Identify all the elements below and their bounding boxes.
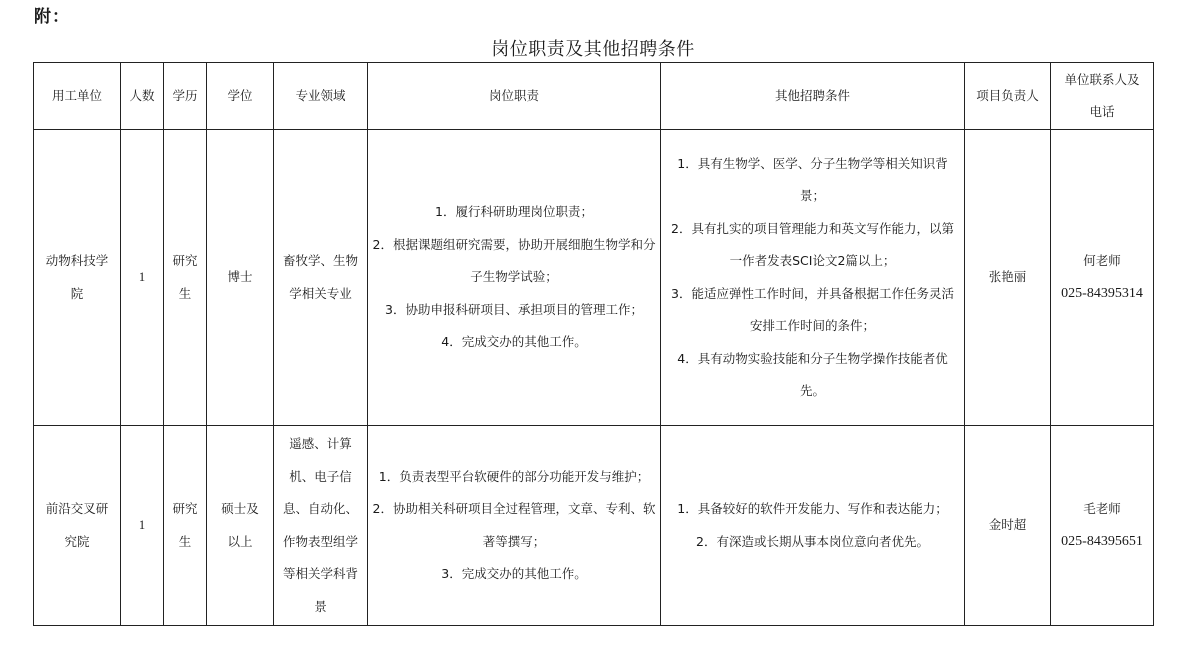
header-project-lead: 项目负责人 — [965, 63, 1051, 130]
table-row: 动物科技学院 1 研究生 博士 畜牧学、生物学相关专业 1．履行科研助理岗位职责… — [34, 130, 1154, 426]
table-row: 前沿交叉研究院 1 研究生 硕士及以上 遥感、计算机、电子信息、自动化、作物表型… — [34, 426, 1154, 626]
duty-item: 3．完成交办的其他工作。 — [372, 558, 656, 591]
duty-item: 4．完成交办的其他工作。 — [372, 326, 656, 359]
contact-phone: 025-84395651 — [1055, 526, 1149, 559]
header-education: 学历 — [164, 63, 207, 130]
cell-duties: 1．履行科研助理岗位职责； 2．根据课题组研究需要，协助开展细胞生物学和分子生物… — [368, 130, 661, 426]
requirement-item: 1．具备较好的软件开发能力、写作和表达能力； — [665, 493, 960, 526]
annex-label: 附： — [34, 2, 70, 27]
duty-item: 3．协助申报科研项目、承担项目的管理工作； — [372, 294, 656, 327]
recruitment-table: 用工单位 人数 学历 学位 专业领域 岗位职责 其他招聘条件 项目负责人 单位联… — [33, 62, 1154, 626]
requirement-item: 2．有深造或长期从事本岗位意向者优先。 — [665, 526, 960, 559]
cell-degree: 博士 — [207, 130, 274, 426]
duty-item: 2．根据课题组研究需要，协助开展细胞生物学和分子生物学试验； — [372, 229, 656, 294]
cell-major: 畜牧学、生物学相关专业 — [274, 130, 368, 426]
header-count: 人数 — [121, 63, 164, 130]
requirement-item: 1．具有生物学、医学、分子生物学等相关知识背景； — [665, 148, 960, 213]
contact-phone: 025-84395314 — [1055, 278, 1149, 311]
contact-name: 何老师 — [1055, 245, 1149, 278]
contact-name: 毛老师 — [1055, 493, 1149, 526]
cell-unit: 前沿交叉研究院 — [34, 426, 121, 626]
cell-requirements: 1．具有生物学、医学、分子生物学等相关知识背景； 2．具有扎实的项目管理能力和英… — [661, 130, 965, 426]
header-degree: 学位 — [207, 63, 274, 130]
requirement-item: 2．具有扎实的项目管理能力和英文写作能力，以第一作者发表SCI论文2篇以上； — [665, 213, 960, 278]
header-contact: 单位联系人及电话 — [1051, 63, 1154, 130]
cell-degree: 硕士及以上 — [207, 426, 274, 626]
cell-requirements: 1．具备较好的软件开发能力、写作和表达能力； 2．有深造或长期从事本岗位意向者优… — [661, 426, 965, 626]
header-requirements: 其他招聘条件 — [661, 63, 965, 130]
requirement-item: 3．能适应弹性工作时间，并具备根据工作任务灵活安排工作时间的条件； — [665, 278, 960, 343]
cell-unit: 动物科技学院 — [34, 130, 121, 426]
cell-education: 研究生 — [164, 426, 207, 626]
header-major: 专业领域 — [274, 63, 368, 130]
cell-project-lead: 张艳丽 — [965, 130, 1051, 426]
duty-item: 2．协助相关科研项目全过程管理，文章、专利、软著等撰写； — [372, 493, 656, 558]
cell-education: 研究生 — [164, 130, 207, 426]
header-unit: 用工单位 — [34, 63, 121, 130]
cell-contact: 何老师 025-84395314 — [1051, 130, 1154, 426]
requirement-item: 4．具有动物实验技能和分子生物学操作技能者优先。 — [665, 343, 960, 408]
cell-duties: 1．负责表型平台软硬件的部分功能开发与维护； 2．协助相关科研项目全过程管理，文… — [368, 426, 661, 626]
duty-item: 1．负责表型平台软硬件的部分功能开发与维护； — [372, 461, 656, 494]
cell-project-lead: 金时超 — [965, 426, 1051, 626]
header-row: 用工单位 人数 学历 学位 专业领域 岗位职责 其他招聘条件 项目负责人 单位联… — [34, 63, 1154, 130]
cell-count: 1 — [121, 426, 164, 626]
cell-major: 遥感、计算机、电子信息、自动化、作物表型组学等相关学科背景 — [274, 426, 368, 626]
cell-count: 1 — [121, 130, 164, 426]
header-duties: 岗位职责 — [368, 63, 661, 130]
duty-item: 1．履行科研助理岗位职责； — [372, 196, 656, 229]
cell-contact: 毛老师 025-84395651 — [1051, 426, 1154, 626]
document-title: 岗位职责及其他招聘条件 — [0, 35, 1178, 61]
